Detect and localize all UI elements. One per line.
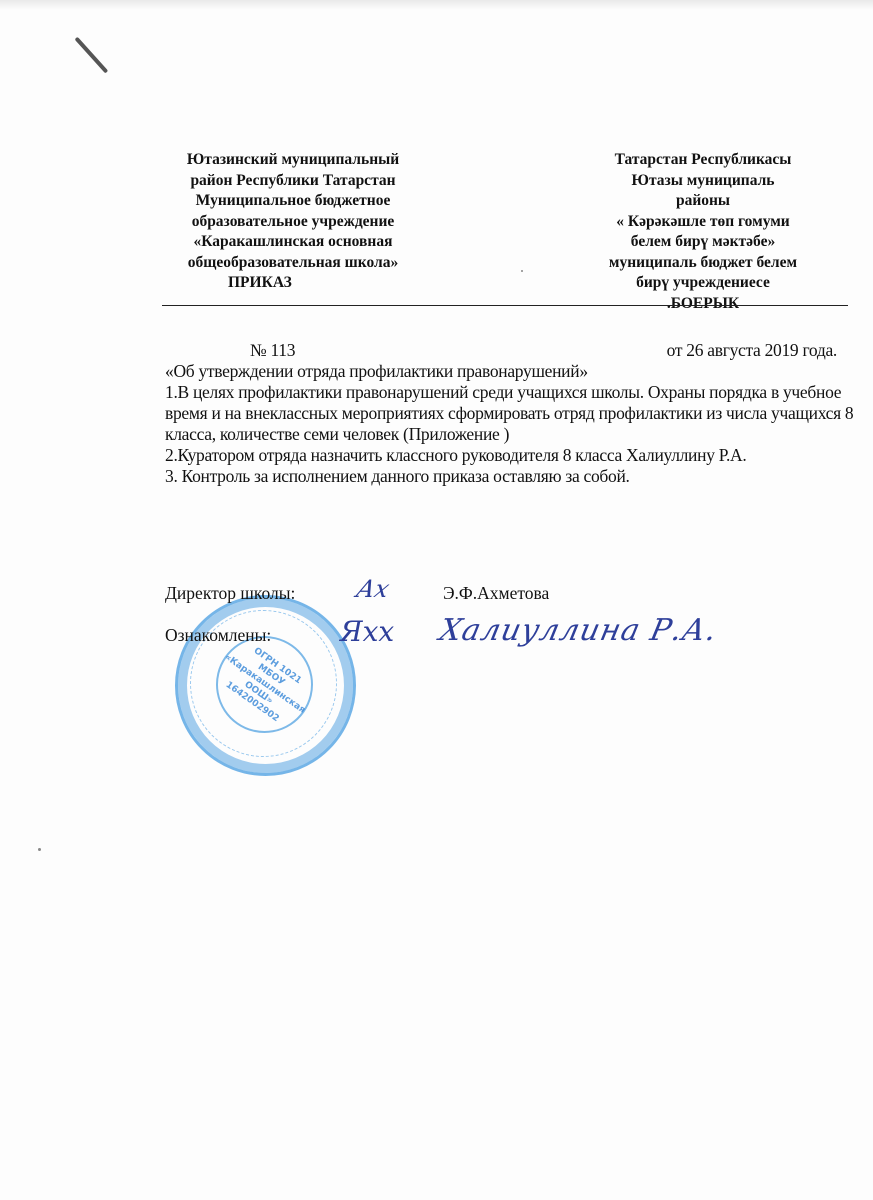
staple-mark	[75, 37, 109, 74]
header-left-line: Муниципальное бюджетное	[168, 191, 418, 212]
number-date-row: № 113 от 26 августа 2019 года.	[165, 340, 855, 361]
scan-speck	[521, 270, 523, 272]
order-number: № 113	[250, 340, 295, 361]
header-left-line: район Республики Татарстан	[168, 171, 418, 192]
header-left-line: «Каракашлинская основная	[168, 232, 418, 253]
header-right-line: бирү учреждениесе	[588, 273, 818, 294]
header-right-line: Татарстан Республикасы	[588, 150, 818, 171]
header-right-line: Ютазы муниципаль	[588, 171, 818, 192]
director-label: Директор школы:	[165, 583, 295, 603]
director-signature-row: Директор школы: Ах Э.Ф.Ахметова	[165, 583, 295, 604]
director-handwritten-signature: Ах	[353, 575, 392, 603]
order-paragraph-3: 3. Контроль за исполнением данного прика…	[165, 466, 855, 487]
acquainted-row: Ознакомлены: Яхх Халиуллина Р.А.	[165, 625, 271, 646]
acquainted-handwritten-name: Халиуллина Р.А.	[436, 613, 720, 648]
order-title: «Об утверждении отряда профилактики прав…	[165, 361, 855, 382]
header-right-line: « Кәрәкәшле төп гомуми	[588, 212, 818, 233]
order-paragraph-1: 1.В целях профилактики правонарушений ср…	[165, 382, 855, 445]
scan-speck	[38, 848, 41, 851]
acquainted-handwritten-signature: Яхх	[340, 615, 394, 648]
header-right-line: муниципаль бюджет белем	[588, 253, 818, 274]
director-name: Э.Ф.Ахметова	[443, 583, 549, 604]
order-paragraph-2: 2.Куратором отряда назначить классного р…	[165, 445, 855, 466]
header-right-line: районы	[588, 191, 818, 212]
school-seal-stamp: ОГРН 1021 МБОУ «Каракашлинская ООШ» 1642…	[175, 595, 356, 776]
header-left-line: образовательное учреждение	[168, 212, 418, 233]
order-date: от 26 августа 2019 года.	[667, 340, 837, 361]
order-body: № 113 от 26 августа 2019 года. «Об утвер…	[165, 340, 855, 487]
acquainted-label: Ознакомлены:	[165, 625, 271, 645]
header-divider	[162, 305, 848, 306]
header-left-line: Ютазинский муниципальный	[168, 150, 418, 171]
header-left-line: общеобразовательная школа»	[168, 253, 418, 274]
header-right-line: белем бирү мәктәбе»	[588, 232, 818, 253]
header-right-tatar: Татарстан Республикасы Ютазы муниципаль …	[588, 150, 818, 314]
header-left-russian: Ютазинский муниципальный район Республик…	[168, 150, 418, 294]
doc-type-boeryk: .БОЕРЫК	[588, 294, 818, 315]
scan-edge-shadow	[0, 0, 873, 10]
doc-type-prikaz: ПРИКАЗ	[168, 273, 418, 294]
